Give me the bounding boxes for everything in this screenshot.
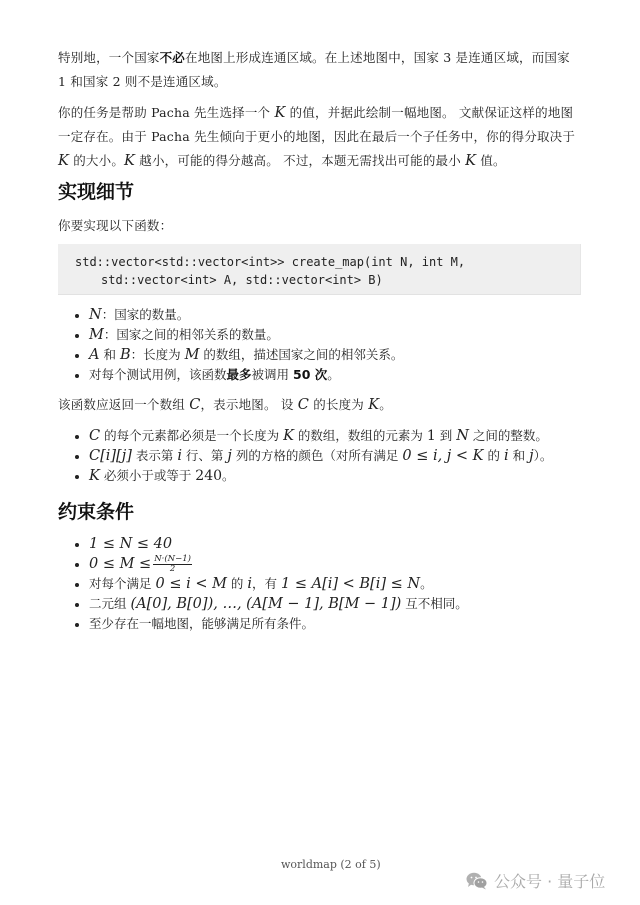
section-heading-implementation: 实现细节 (58, 177, 134, 204)
return-requirements-list: C 的每个元素都必须是一个长度为 K 的数组，数组的元素为 1 到 N 之间的整… (75, 426, 552, 486)
intro-paragraph-1: 特别地，一个国家不必在地图上形成连通区域。在上述地图中，国家 3 是连通区域，而… (58, 46, 582, 94)
implementation-lead: 你要实现以下函数： (58, 214, 172, 238)
list-item: 至少存在一幅地图，能够满足所有条件。 (75, 614, 468, 633)
intro-paragraph-2: 你的任务是帮助 Pacha 先生选择一个 K 的值，并据此绘制一幅地图。 文献保… (58, 101, 582, 173)
list-item: 对每个满足 0 ≤ i < M 的 i，有 1 ≤ A[i] < B[i] ≤ … (75, 574, 468, 594)
code-line-1: std::vector<std::vector<int>> create_map… (75, 253, 580, 271)
wechat-icon (466, 872, 488, 890)
fraction: N·(N−1)2 (153, 555, 192, 574)
list-item: 0 ≤ M ≤N·(N−1)2 (75, 554, 468, 574)
list-item: C 的每个元素都必须是一个长度为 K 的数组，数组的元素为 1 到 N 之间的整… (75, 426, 552, 446)
list-item: M：国家之间的相邻关系的数量。 (75, 325, 403, 345)
list-item: A 和 B：长度为 M 的数组，描述国家之间的相邻关系。 (75, 345, 403, 365)
list-item: N：国家的数量。 (75, 305, 403, 325)
list-item: 二元组 (A[0], B[0]), …, (A[M − 1], B[M − 1]… (75, 594, 468, 614)
list-item: C[i][j] 表示第 i 行、第 j 列的方格的颜色（对所有满足 0 ≤ i,… (75, 446, 552, 466)
section-heading-constraints: 约束条件 (58, 497, 134, 524)
watermark-text: 公众号 · 量子位 (494, 869, 605, 892)
list-item: 1 ≤ N ≤ 40 (75, 534, 468, 554)
page-footer-label: worldmap (2 of 5) (281, 858, 381, 871)
bold-not-necessarily: 不必 (160, 50, 185, 65)
return-description: 该函数应返回一个数组 C，表示地图。 设 C 的长度为 K。 (58, 393, 392, 417)
code-block-signature: std::vector<std::vector<int>> create_map… (58, 244, 581, 295)
list-item: K 必须小于或等于 240。 (75, 466, 552, 486)
constraints-list: 1 ≤ N ≤ 40 0 ≤ M ≤N·(N−1)2 对每个满足 0 ≤ i <… (75, 534, 468, 633)
parameter-list: N：国家的数量。 M：国家之间的相邻关系的数量。 A 和 B：长度为 M 的数组… (75, 305, 403, 384)
watermark: 公众号 · 量子位 (466, 869, 605, 892)
code-line-2: std::vector<int> A, std::vector<int> B) (75, 271, 580, 289)
list-item: 对每个测试用例，该函数最多被调用 50 次。 (75, 365, 403, 384)
